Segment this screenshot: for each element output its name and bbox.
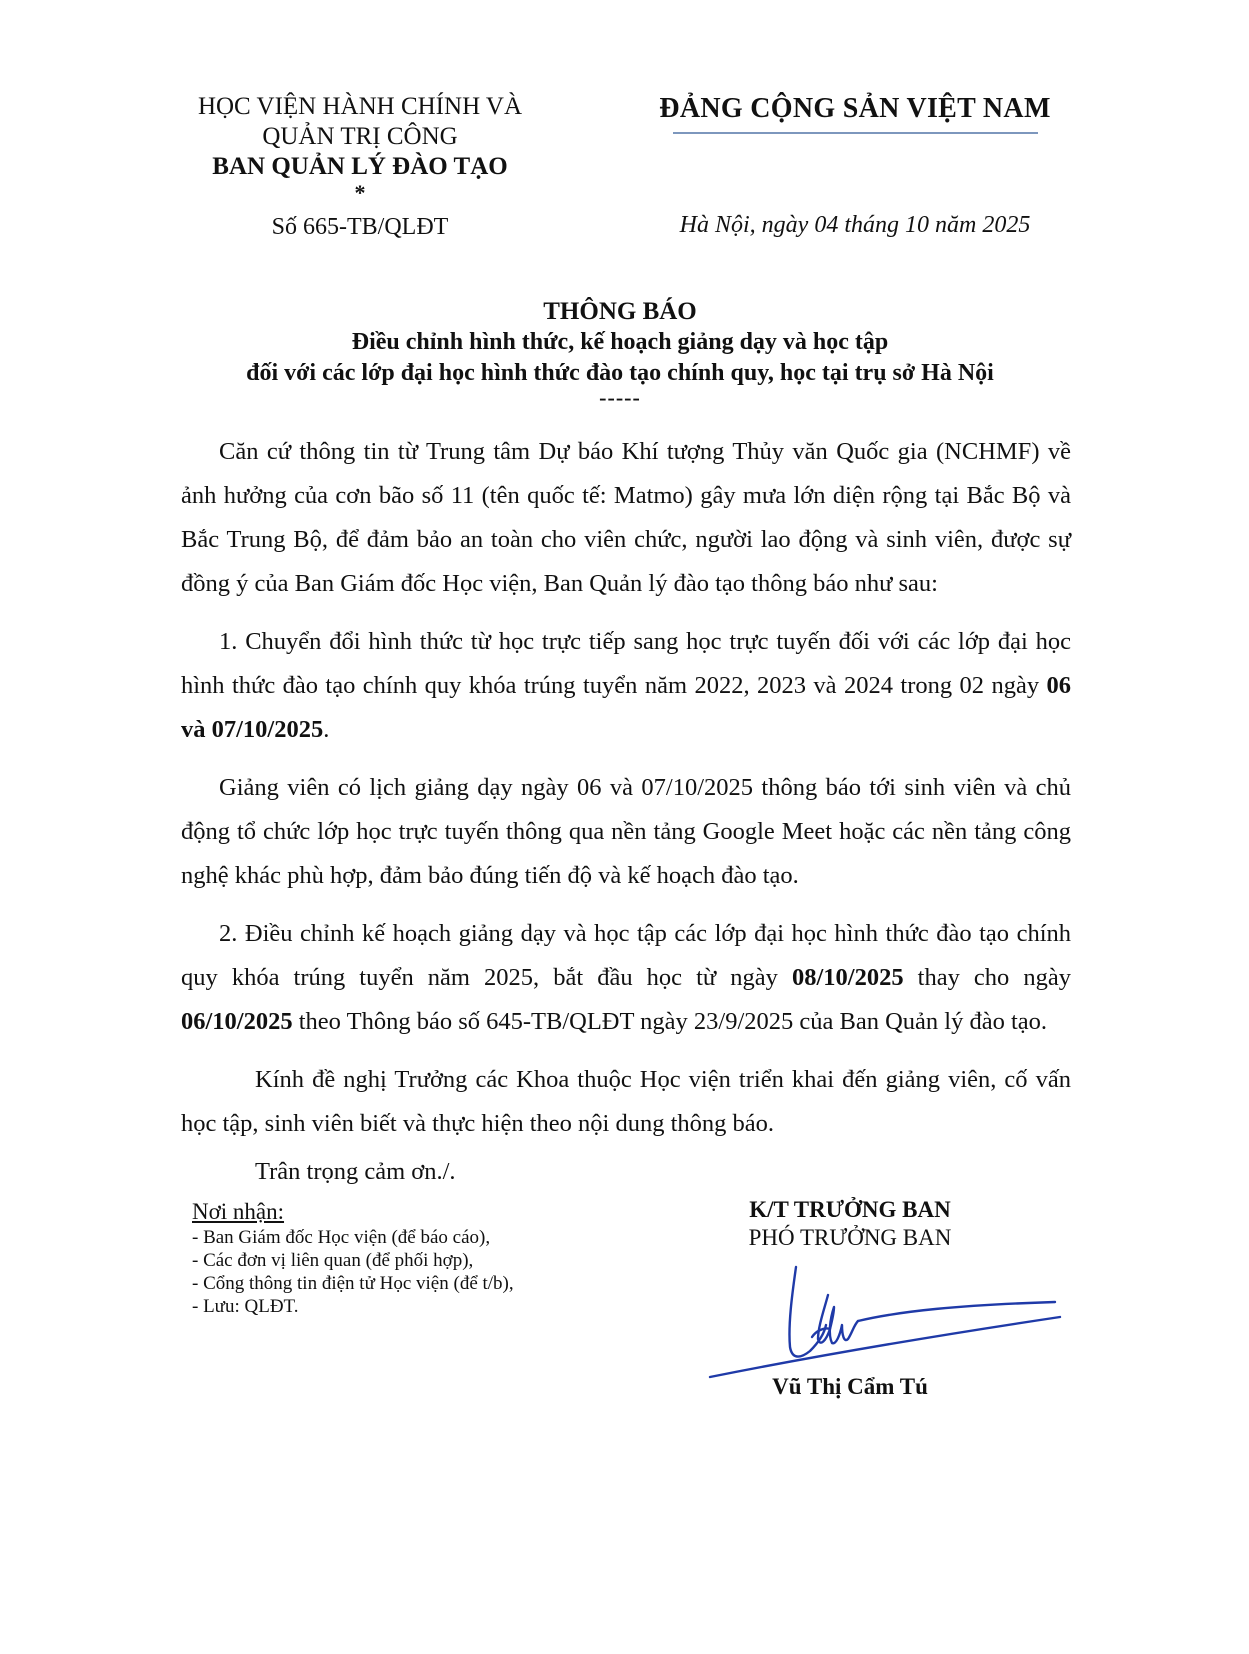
document-body: Căn cứ thông tin từ Trung tâm Dự báo Khí…: [181, 430, 1071, 1198]
department-name: BAN QUẢN LÝ ĐÀO TẠO: [150, 152, 570, 182]
document-number: Số 665-TB/QLĐT: [150, 212, 570, 242]
item-1-end: .: [323, 716, 329, 743]
party-underline: [673, 132, 1038, 134]
party-name: ĐẢNG CỘNG SẢN VIỆT NAM: [640, 92, 1070, 126]
signature-block: K/T TRƯỞNG BAN PHÓ TRƯỞNG BAN Vũ Thị Cẩm…: [700, 1196, 1000, 1252]
star-divider: *: [150, 184, 570, 202]
document-title: THÔNG BÁO Điều chỉnh hình thức, kế hoạch…: [160, 297, 1080, 407]
item-1-text: 1. Chuyển đổi hình thức từ học trực tiếp…: [181, 628, 1071, 699]
party-header: ĐẢNG CỘNG SẢN VIỆT NAM Hà Nội, ngày 04 t…: [640, 92, 1070, 134]
title-separator: -----: [160, 389, 1080, 407]
signer-role-primary: K/T TRƯỞNG BAN: [700, 1196, 1000, 1224]
title-main: THÔNG BÁO: [160, 297, 1080, 327]
item-2-new-date: 08/10/2025: [792, 964, 904, 991]
place-date: Hà Nội, ngày 04 tháng 10 năm 2025: [640, 212, 1070, 239]
item-2-paragraph: 2. Điều chỉnh kế hoạch giảng dạy và học …: [181, 912, 1071, 1044]
item-1-note-paragraph: Giảng viên có lịch giảng dạy ngày 06 và …: [181, 766, 1071, 898]
signer-role-secondary: PHÓ TRƯỞNG BAN: [700, 1224, 1000, 1252]
org-name-line2: QUẢN TRỊ CÔNG: [150, 122, 570, 152]
item-2-old-date: 06/10/2025: [181, 1008, 293, 1035]
item-2-text-c: theo Thông báo số 645-TB/QLĐT ngày 23/9/…: [293, 1008, 1047, 1035]
issuing-organization: HỌC VIỆN HÀNH CHÍNH VÀ QUẢN TRỊ CÔNG BAN…: [150, 92, 570, 242]
recipients-block: Nơi nhận: - Ban Giám đốc Học viện (để bá…: [192, 1198, 612, 1318]
org-name-line1: HỌC VIỆN HÀNH CHÍNH VÀ: [150, 92, 570, 122]
recipient-item: - Các đơn vị liên quan (để phối hợp),: [192, 1249, 612, 1272]
request-paragraph: Kính đề nghị Trưởng các Khoa thuộc Học v…: [181, 1058, 1071, 1146]
closing-line: Trân trọng cảm ơn./.: [181, 1150, 1071, 1194]
recipients-heading: Nơi nhận:: [192, 1198, 612, 1226]
handwritten-signature-icon: [700, 1255, 1070, 1385]
recipient-item: - Ban Giám đốc Học viện (để báo cáo),: [192, 1226, 612, 1249]
item-2-text-b: thay cho ngày: [904, 964, 1071, 991]
item-1-paragraph: 1. Chuyển đổi hình thức từ học trực tiếp…: [181, 620, 1071, 752]
title-subject-line1: Điều chỉnh hình thức, kế hoạch giảng dạy…: [160, 327, 1080, 358]
intro-paragraph: Căn cứ thông tin từ Trung tâm Dự báo Khí…: [181, 430, 1071, 606]
recipient-item: - Cổng thông tin điện tử Học viện (để t/…: [192, 1272, 612, 1295]
recipient-item: - Lưu: QLĐT.: [192, 1295, 612, 1318]
